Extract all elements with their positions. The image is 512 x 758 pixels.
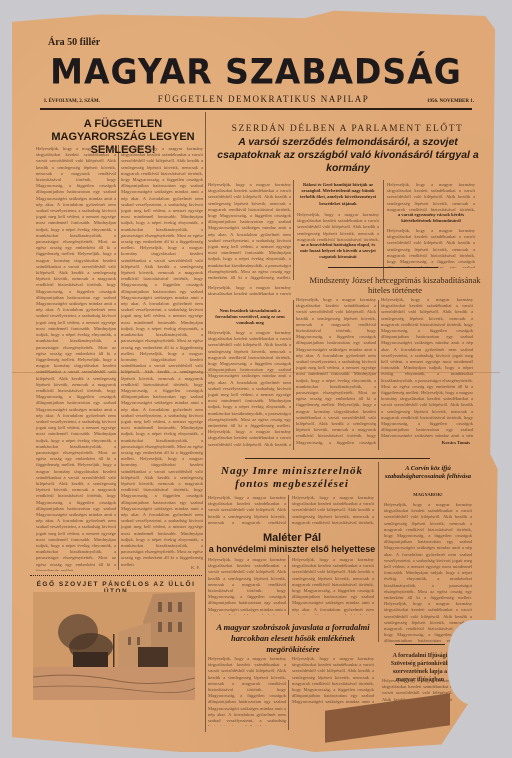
col-body: Helyeseljük, hogy a magyar kormány tárgy… <box>208 285 291 295</box>
maleter-body-col2: Helyeseljük, hogy a magyar kormány tárgy… <box>292 557 374 615</box>
maleter-headline-title: a honvédelmi miniszter első helyettese <box>208 544 376 554</box>
parliament-body-col2: Helyeseljük, hogy a magyar kormány tárgy… <box>297 212 379 242</box>
parliament-kicker: SZERDÁN DÉLBEN A PARLAMENT ELŐTT <box>210 124 485 134</box>
nagy-imre-headline: Nagy Imre miniszterelnök fontos megbeszé… <box>208 465 376 491</box>
nagy-imre-body-col2: Helyeseljük, hogy a magyar kormány tárgy… <box>292 495 374 525</box>
date-label: 1956. NOVEMBER 1. <box>427 99 474 104</box>
column-divider <box>118 145 119 570</box>
column-divider <box>205 112 206 732</box>
paper-tear <box>448 620 512 705</box>
mindszenty-body-col2: Helyeseljük, hogy a magyar kormány tárgy… <box>381 297 473 437</box>
revolution-note-body: Helyeseljük, hogy a magyar kormány tárgy… <box>208 330 291 448</box>
column-divider <box>288 680 289 730</box>
tagline: FÜGGETLEN DEMOKRATIKUS NAPILAP <box>158 94 370 104</box>
lead-body-col2: Helyeseljük, hogy a magyar kormány tárgy… <box>121 146 203 568</box>
maleter-body-col1: Helyeseljük, hogy a magyar kormány tárgy… <box>208 557 286 615</box>
column-divider <box>293 300 294 450</box>
price-label: Ára 50 fillér <box>48 37 100 48</box>
sculptors-headline: A magyar szobrászok javaslata a forradal… <box>208 622 378 655</box>
column-divider <box>288 555 289 615</box>
photo-burning-tank <box>33 592 195 700</box>
parliament-headline: A varsói szerződés felmondásáról, a szov… <box>208 136 488 175</box>
ornament-rule <box>328 267 438 268</box>
parliament-subhead-2: az a honvédelmi hatóságban elapul, és má… <box>297 242 379 268</box>
maleter-headline-name: Maléter Pál <box>208 532 376 544</box>
column-divider <box>378 462 379 642</box>
maleter-headline: Maléter Pál a honvédelmi miniszter első … <box>208 532 376 554</box>
column-divider <box>293 180 294 280</box>
masthead-rule <box>40 108 472 110</box>
parliament-subhead-3: a varsói egyezmény rácsok kérdés kiérték… <box>387 212 475 226</box>
parliament-subhead-1: Rákosi és Gerő bandáját kiirtják az orsz… <box>297 182 379 210</box>
newspaper-title: MAGYAR SZABADSÁG <box>40 51 472 92</box>
column-divider <box>378 300 379 450</box>
revolution-note-subhead: Nem feszülnek társadalmunk a forradalom … <box>210 308 290 330</box>
parliament-body-col1: Helyeseljük, hogy a magyar kormány tárgy… <box>208 182 291 282</box>
photo-illustration <box>33 592 195 700</box>
parliament-body-col3b: Helyeseljük, hogy a magyar kormány tárgy… <box>387 228 475 268</box>
volume-label: I. ÉVFOLYAM, 2. SZÁM. <box>44 99 100 104</box>
corvin-headline: A Corvin köz ifjú szabadságharcosainak f… <box>384 465 472 481</box>
mindszenty-signature: Kovács Tamás <box>420 440 470 448</box>
masthead-subline: I. ÉVFOLYAM, 2. SZÁM. FÜGGETLEN DEMOKRAT… <box>44 94 474 104</box>
sculptors-body-col1: Helyeseljük, hogy a magyar kormány tárgy… <box>208 656 286 726</box>
fold-crease <box>12 372 500 373</box>
corvin-subhead: MAGYAROK! <box>384 492 472 500</box>
nagy-imre-body-col1: Helyeseljük, hogy a magyar kormány tárgy… <box>208 495 286 525</box>
parliament-body-col3: Helyeseljük, hogy a magyar kormány tárgy… <box>387 182 475 212</box>
corvin-body: Helyeseljük, hogy a magyar kormány tárgy… <box>384 502 472 642</box>
mindszenty-headline: Mindszenty József hercegprímás kiszabadí… <box>300 275 490 295</box>
ornament-rule <box>395 644 445 645</box>
ornament-rule <box>245 458 430 459</box>
column-divider <box>383 180 384 280</box>
column-divider <box>288 495 289 535</box>
photo-rule <box>30 575 202 577</box>
sculptors-body-col2: Helyeseljük, hogy a magyar kormány tárgy… <box>292 656 374 706</box>
lead-body-col1: Helyeseljük, hogy a magyar kormány tárgy… <box>36 146 116 571</box>
lead-signature: K. F. <box>160 565 200 573</box>
